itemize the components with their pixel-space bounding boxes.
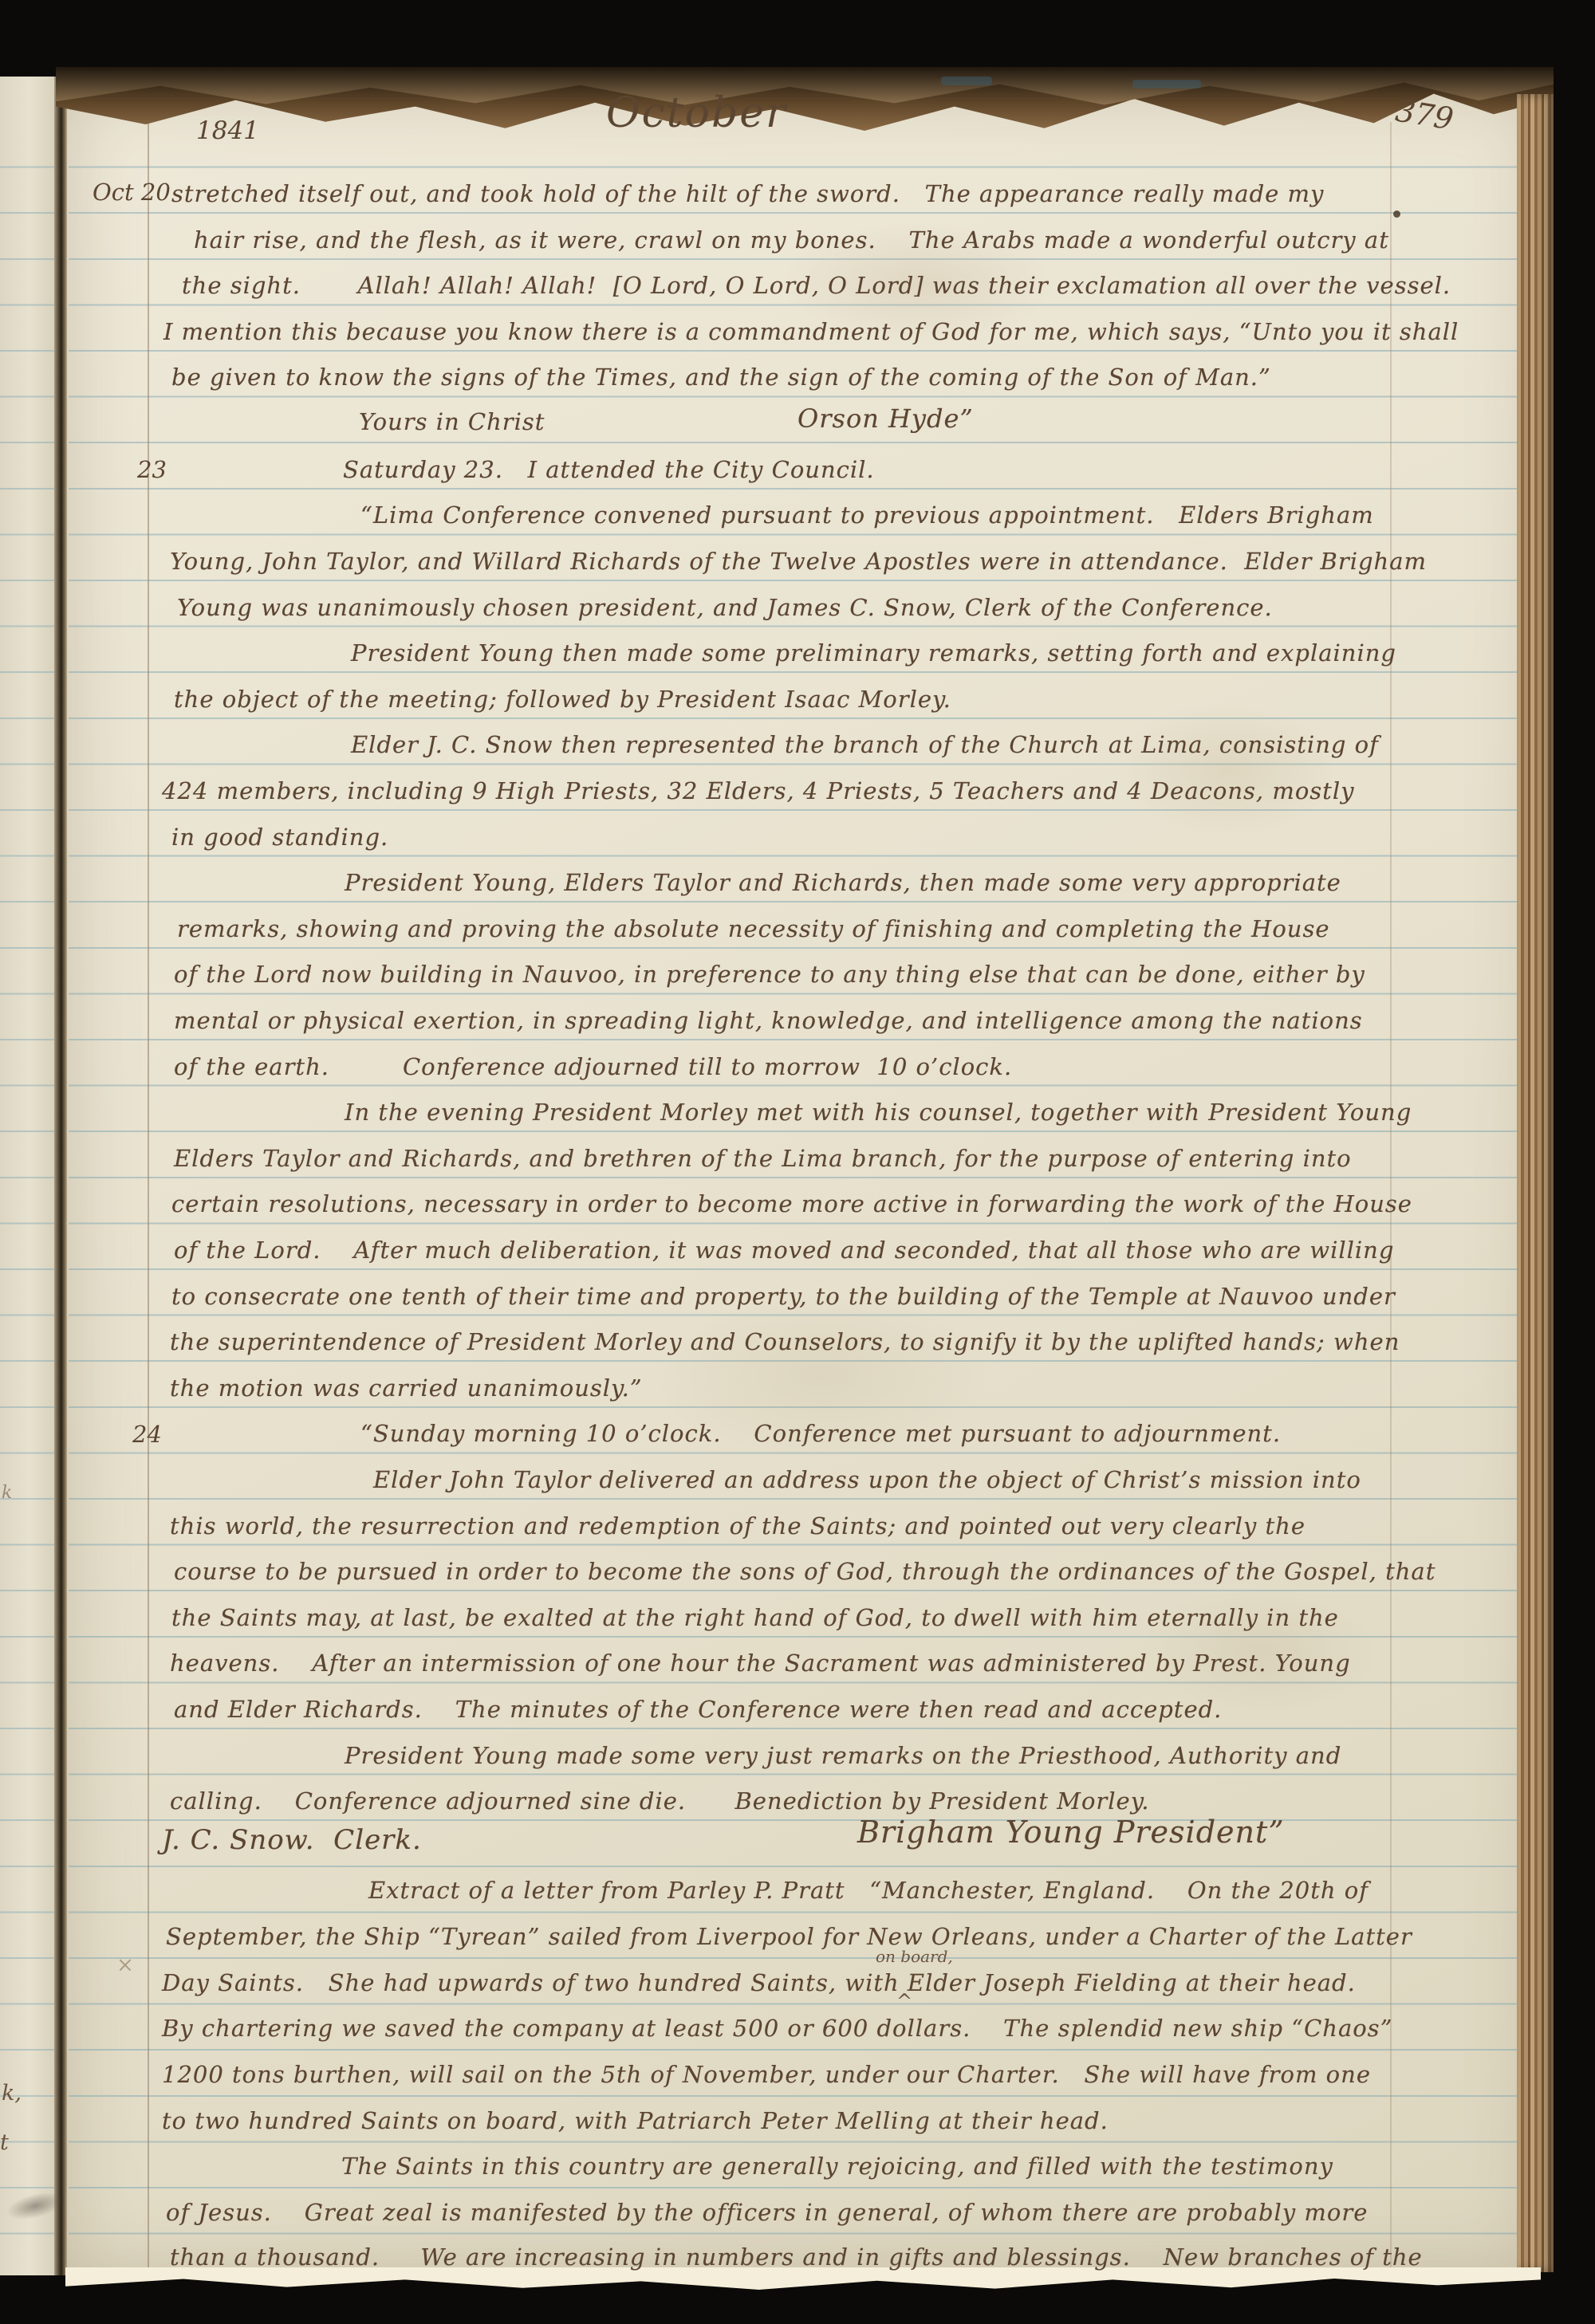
manuscript-line: to consecrate one tenth of their time an… — [171, 1284, 1396, 1310]
manuscript-line: Extract of a letter from Parley P. Pratt… — [368, 1878, 1369, 1904]
binding-gutter — [54, 77, 67, 2275]
manuscript-line: course to be pursued in order to become … — [174, 1559, 1435, 1585]
manuscript-line: Young was unanimously chosen president, … — [177, 596, 1273, 621]
left-margin-rule — [148, 122, 149, 2271]
marbled-paper-bit — [941, 77, 992, 85]
ink-fragment: k — [2, 1483, 12, 1503]
margin-date: 23 — [137, 456, 167, 483]
manuscript-line: heavens. After an intermission of one ho… — [170, 1651, 1351, 1677]
margin-date: 24 — [132, 1421, 162, 1448]
manuscript-line: of the Lord. After much deliberation, it… — [174, 1238, 1394, 1264]
manuscript-line: the sight. Allah! Allah! Allah! [O Lord,… — [182, 273, 1451, 299]
ink-fragment: t — [0, 2130, 9, 2155]
manuscript-line: certain resolutions, necessary in order … — [171, 1192, 1412, 1217]
manuscript-line: the superintendence of President Morley … — [170, 1330, 1400, 1355]
manuscript-line: J. C. Snow. Clerk. — [162, 1826, 422, 1855]
manuscript-line: of Jesus. Great zeal is manifested by th… — [166, 2200, 1368, 2226]
manuscript-line: In the evening President Morley met with… — [345, 1100, 1412, 1126]
manuscript-line: and Elder Richards. The minutes of the C… — [174, 1697, 1222, 1723]
manuscript-line: stretched itself out, and took hold of t… — [171, 182, 1324, 207]
manuscript-line: in good standing. — [171, 825, 388, 851]
manuscript-line: 1200 tons burthen, will sail on the 5th … — [162, 2063, 1371, 2088]
ink-fragment: k, — [2, 2081, 22, 2106]
manuscript-line: of the Lord now building in Nauvoo, in p… — [174, 962, 1365, 988]
manuscript-line: remarks, showing and proving the absolut… — [177, 917, 1330, 942]
month-heading: October — [606, 89, 787, 137]
manuscript-line: the Saints may, at last, be exalted at t… — [171, 1606, 1339, 1631]
manuscript-line: Elders Taylor and Richards, and brethren… — [174, 1146, 1352, 1172]
manuscript-line: the object of the meeting; followed by P… — [174, 687, 951, 713]
manuscript-line: mental or physical exertion, in spreadin… — [174, 1009, 1363, 1034]
manuscript-line: to two hundred Saints on board, with Pat… — [162, 2109, 1109, 2134]
manuscript-line: By chartering we saved the company at le… — [162, 2016, 1392, 2042]
manuscript-line: than a thousand. We are increasing in nu… — [170, 2245, 1423, 2271]
manuscript-line: this world, the resurrection and redempt… — [170, 1514, 1306, 1540]
manuscript-line: Orson Hyde” — [797, 405, 974, 433]
ruled-lines — [0, 122, 54, 2267]
manuscript-line: “Sunday morning 10 o’clock. Conference m… — [360, 1422, 1281, 1447]
ink-blot — [1393, 210, 1400, 218]
adjacent-page-sliver — [0, 77, 54, 2275]
manuscript-line: Elder J. C. Snow then represented the br… — [351, 733, 1379, 758]
manuscript-line: Brigham Young President” — [857, 1816, 1285, 1850]
manuscript-line: President Young then made some prelimina… — [351, 641, 1396, 667]
year-heading: 1841 — [196, 116, 259, 145]
manuscript-line: President Young made some very just rema… — [345, 1744, 1341, 1769]
manuscript-line: the motion was carried unanimously.” — [170, 1376, 643, 1402]
manuscript-line: hair rise, and the flesh, as it were, cr… — [194, 228, 1389, 254]
manuscript-line: I mention this because you know there is… — [163, 320, 1459, 345]
manuscript-line: Elder John Taylor delivered an address u… — [373, 1468, 1361, 1493]
manuscript-line: be given to know the signs of the Times,… — [171, 365, 1271, 391]
scanned-manuscript: 1841 October 379 Oct 202324 stretched it… — [0, 0, 1595, 2324]
caret-mark: ^ — [896, 1990, 912, 2012]
marbled-paper-bit — [1132, 80, 1201, 88]
manuscript-line: President Young, Elders Taylor and Richa… — [345, 871, 1341, 896]
manuscript-line: Yours in Christ — [359, 410, 545, 435]
manuscript-line: The Saints in this country are generally… — [341, 2154, 1333, 2180]
page-bottom-edge — [65, 2267, 1541, 2290]
margin-date: Oct 20 — [93, 179, 171, 206]
manuscript-line: September, the Ship “Tyrean” sailed from… — [166, 1925, 1412, 1950]
manuscript-line: calling. Conference adjourned sine die. … — [170, 1789, 1149, 1815]
manuscript-line: of the earth. Conference adjourned till … — [174, 1055, 1012, 1080]
manuscript-line: 424 members, including 9 High Priests, 3… — [162, 779, 1354, 804]
margin-mark: × — [116, 1953, 134, 1977]
page-edges — [1517, 94, 1554, 2272]
interlinear-insertion: on board, — [876, 1947, 953, 1966]
manuscript-line: Saturday 23. I attended the City Council… — [343, 458, 875, 483]
manuscript-line: Young, John Taylor, and Willard Richards… — [170, 549, 1427, 575]
manuscript-line: “Lima Conference convened pursuant to pr… — [360, 503, 1374, 529]
manuscript-line: Day Saints. She had upwards of two hundr… — [162, 1971, 1356, 1996]
